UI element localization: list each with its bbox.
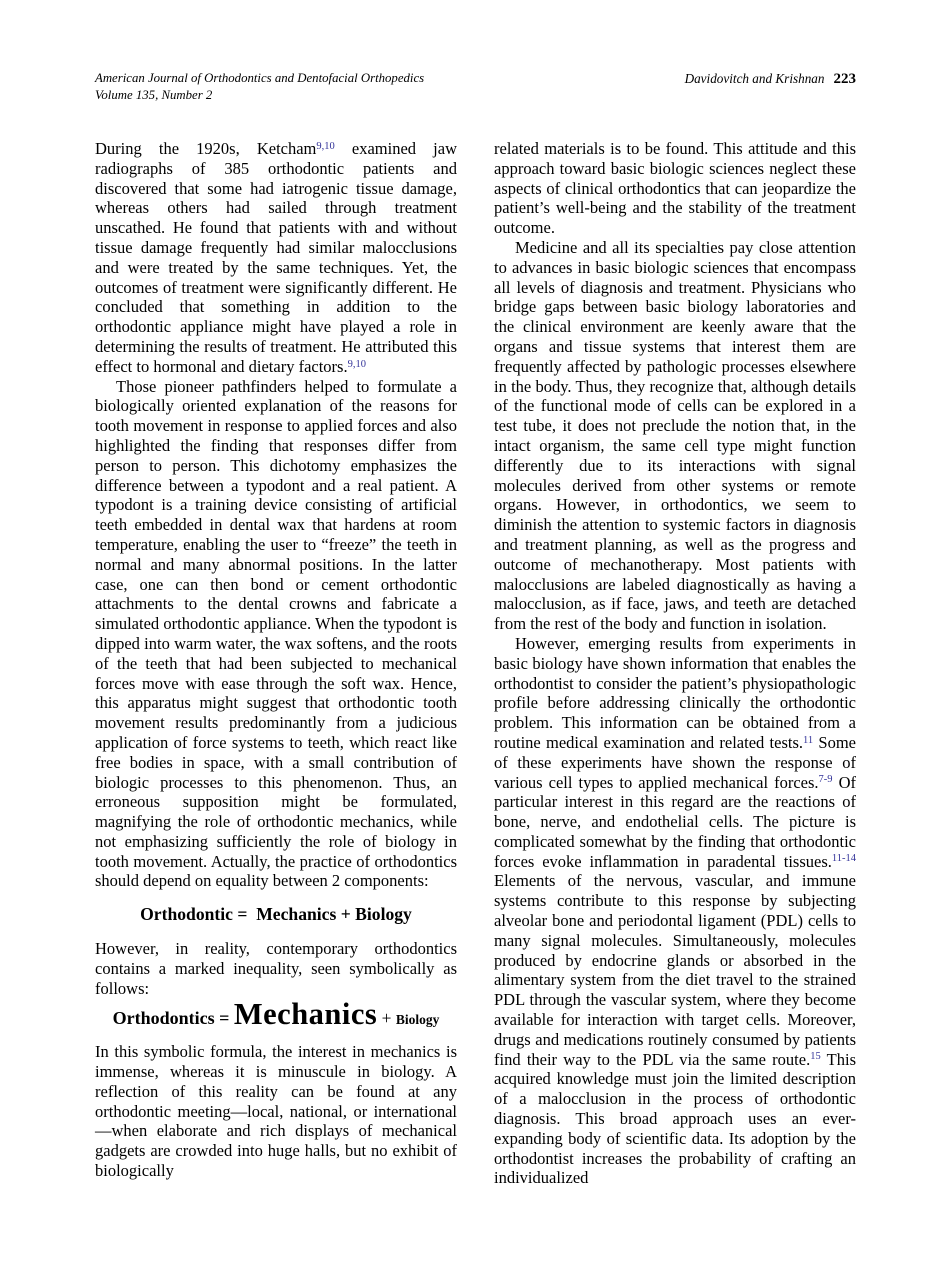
left-column: During the 1920s, Ketcham9,10 examined j… [95, 139, 457, 1188]
formula-inequality: Orthodontics = Mechanics + Biology [95, 1005, 457, 1030]
page-header: American Journal of Orthodontics and Den… [95, 70, 856, 103]
citation-link[interactable]: 15 [810, 1051, 821, 1062]
formula-equality: Orthodontic = Mechanics + Biology [95, 905, 457, 925]
citation-link[interactable]: 11-14 [832, 853, 856, 864]
page-number: 223 [834, 71, 857, 87]
citation-link[interactable]: 9,10 [348, 359, 366, 370]
paragraph-ketcham: During the 1920s, Ketcham9,10 examined j… [95, 139, 457, 377]
journal-title: American Journal of Orthodontics and Den… [95, 70, 424, 87]
formula-biology-term: Biology [396, 1012, 440, 1027]
article-body: During the 1920s, Ketcham9,10 examined j… [95, 139, 856, 1188]
formula-plus-sign: + [377, 1008, 396, 1028]
paragraph-typodont: Those pioneer pathfinders helped to form… [95, 377, 457, 892]
running-head-authors: Davidovitch and Krishnan [685, 71, 825, 86]
formula-lhs: Orthodontics = [113, 1008, 234, 1028]
running-head: Davidovitch and Krishnan223 [685, 70, 856, 88]
journal-info: American Journal of Orthodontics and Den… [95, 70, 424, 103]
paragraph-emerging-results: However, emerging results from experimen… [494, 634, 856, 1188]
paragraph-symbolic-formula: In this symbolic formula, the interest i… [95, 1042, 457, 1181]
right-column: related materials is to be found. This a… [494, 139, 856, 1188]
paragraph-medicine-specialties: Medicine and all its specialties pay clo… [494, 238, 856, 634]
journal-volume-number: Volume 135, Number 2 [95, 87, 424, 104]
citation-link[interactable]: 11 [803, 735, 813, 746]
journal-page: American Journal of Orthodontics and Den… [0, 0, 950, 1272]
formula-mechanics-term: Mechanics [234, 997, 377, 1031]
citation-link[interactable]: 9,10 [316, 141, 334, 152]
paragraph-inequality-intro: However, in reality, contemporary orthod… [95, 939, 457, 998]
paragraph-related-materials: related materials is to be found. This a… [494, 139, 856, 238]
citation-link[interactable]: 7-9 [819, 774, 833, 785]
